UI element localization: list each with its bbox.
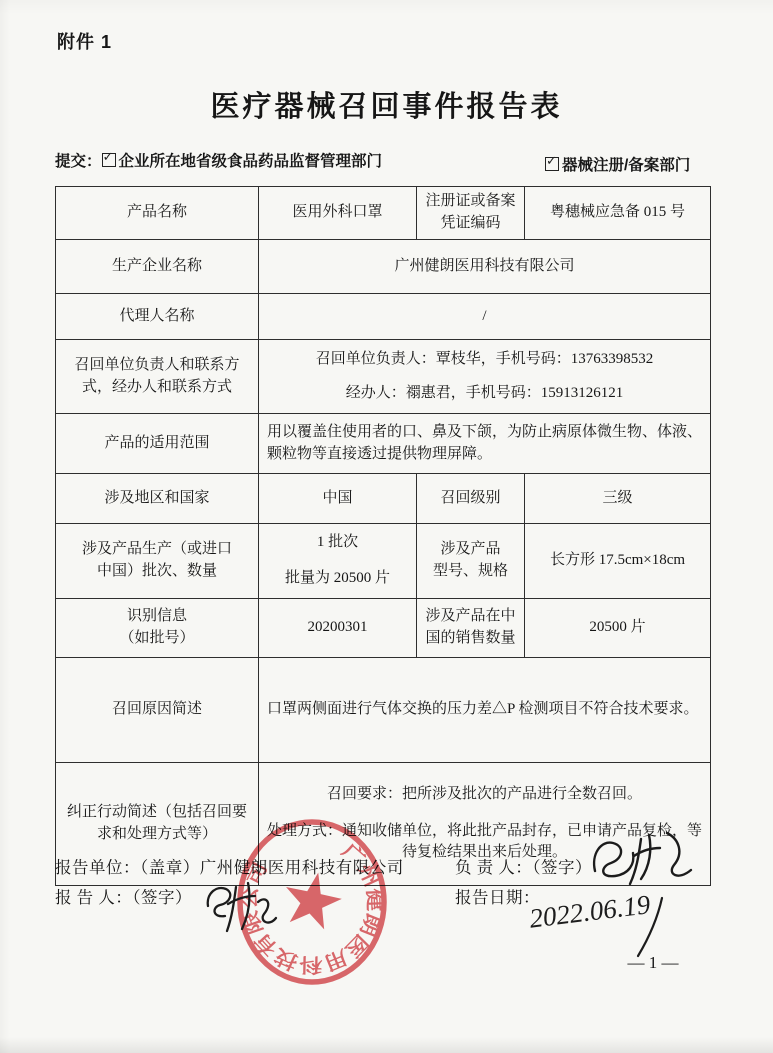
cell-recall-level-value: 三级: [525, 474, 711, 524]
contact-line-responsible: 召回单位负责人：覃枝华，手机号码：13763398532: [267, 349, 702, 371]
stamp-star-icon: [279, 867, 346, 932]
table-row: 涉及地区和国家 中国 召回级别 三级: [56, 474, 711, 524]
cell-recall-level-label: 召回级别: [417, 474, 525, 524]
cell-contact-label: 召回单位负责人和联系方式，经办人和联系方式: [56, 340, 259, 414]
table-row: 召回单位负责人和联系方式，经办人和联系方式 召回单位负责人：覃枝华，手机号码：1…: [56, 340, 711, 414]
action-recall-requirement: 召回要求：把所涉及批次的产品进行全数召回。: [267, 784, 702, 806]
reporter-signature: [200, 876, 284, 944]
cell-sales-value: 20500 片: [525, 599, 711, 658]
table-row: 产品名称 医用外科口罩 注册证或备案 凭证编码 粤穗械应急备 015 号: [56, 187, 711, 240]
cell-sales-label: 涉及产品在中国的销售数量: [417, 599, 525, 658]
batch-volume: 批量为 20500 片: [267, 568, 408, 590]
table-row: 识别信息 （如批号） 20200301 涉及产品在中国的销售数量 20500 片: [56, 599, 711, 658]
cell-product-name-label: 产品名称: [56, 187, 259, 240]
responsible-line: 负 责 人：（签字）: [455, 854, 592, 878]
responsible-label: 负 责 人：: [455, 858, 532, 877]
cell-manufacturer-value: 广州健朗医用科技有限公司: [259, 240, 711, 294]
cell-registration-label: 注册证或备案 凭证编码: [417, 187, 525, 240]
recall-report-table: 产品名称 医用外科口罩 注册证或备案 凭证编码 粤穗械应急备 015 号 生产企…: [55, 186, 711, 886]
table-row: 产品的适用范围 用以覆盖住使用者的口、鼻及下颌，为防止病原体微生物、体液、颗粒物…: [56, 414, 711, 474]
table-row: 召回原因简述 口罩两侧面进行气体交换的压力差△P 检测项目不符合技术要求。: [56, 658, 711, 763]
cell-registration-value: 粤穗械应急备 015 号: [525, 187, 711, 240]
submit-option-registry: 器械注册/备案部门: [562, 157, 690, 174]
cell-reason-value: 口罩两侧面进行气体交换的压力差△P 检测项目不符合技术要求。: [259, 658, 711, 763]
table-row: 生产企业名称 广州健朗医用科技有限公司: [56, 240, 711, 294]
cell-agent-label: 代理人名称: [56, 294, 259, 340]
cell-batch-label: 涉及产品生产（或进口 中国）批次、数量: [56, 524, 259, 599]
report-unit-label: 报告单位：: [55, 858, 140, 877]
submit-option-province: 企业所在地省级食品药品监督管理部门: [119, 153, 383, 170]
cell-region-value: 中国: [259, 474, 417, 524]
cell-contact-value: 召回单位负责人：覃枝华，手机号码：13763398532 经办人：禤惠君，手机号…: [259, 340, 711, 414]
handwritten-date-text: 2022.06.19: [528, 889, 653, 934]
cell-reason-label: 召回原因简述: [56, 658, 259, 763]
reporter-label: 报 告 人：: [55, 888, 132, 907]
cell-product-name-value: 医用外科口罩: [259, 187, 417, 240]
cell-scope-label: 产品的适用范围: [56, 414, 259, 474]
table-row: 涉及产品生产（或进口 中国）批次、数量 1 批次 批量为 20500 片 涉及产…: [56, 524, 711, 599]
attachment-label: 附件 1: [57, 28, 112, 54]
batch-count: 1 批次: [267, 532, 408, 554]
page-title: 医疗器械召回事件报告表: [0, 84, 773, 125]
cell-manufacturer-label: 生产企业名称: [56, 240, 259, 294]
responsible-sign-hint: （签字）: [532, 858, 592, 877]
cell-region-label: 涉及地区和国家: [56, 474, 259, 524]
cell-model-label: 涉及产品 型号、规格: [417, 524, 525, 599]
cell-scope-value: 用以覆盖住使用者的口、鼻及下颌，为防止病原体微生物、体液、颗粒物等直接透过提供物…: [259, 414, 711, 474]
cell-batch-value: 1 批次 批量为 20500 片: [259, 524, 417, 599]
table-row: 代理人名称 /: [56, 294, 711, 340]
submit-line: 提交：✓企业所在地省级食品药品监督管理部门 ✓器械注册/备案部门: [55, 149, 735, 171]
cell-model-value: 长方形 17.5cm×18cm: [525, 524, 711, 599]
contact-line-handler: 经办人：禤惠君，手机号码：15913126121: [267, 383, 702, 405]
reporter-line: 报 告 人：（签字）: [55, 884, 192, 908]
checkbox-checked-icon: ✓: [545, 157, 559, 171]
cell-id-value: 20200301: [259, 599, 417, 658]
submit-option-right: ✓器械注册/备案部门: [545, 153, 690, 175]
handwritten-date: 2022.06.19: [520, 878, 700, 968]
cell-id-label: 识别信息 （如批号）: [56, 599, 259, 658]
cell-agent-value: /: [259, 294, 711, 340]
submit-label: 提交：: [55, 153, 102, 170]
checkbox-checked-icon: ✓: [102, 153, 116, 167]
reporter-sign-hint: （签字）: [132, 888, 192, 907]
